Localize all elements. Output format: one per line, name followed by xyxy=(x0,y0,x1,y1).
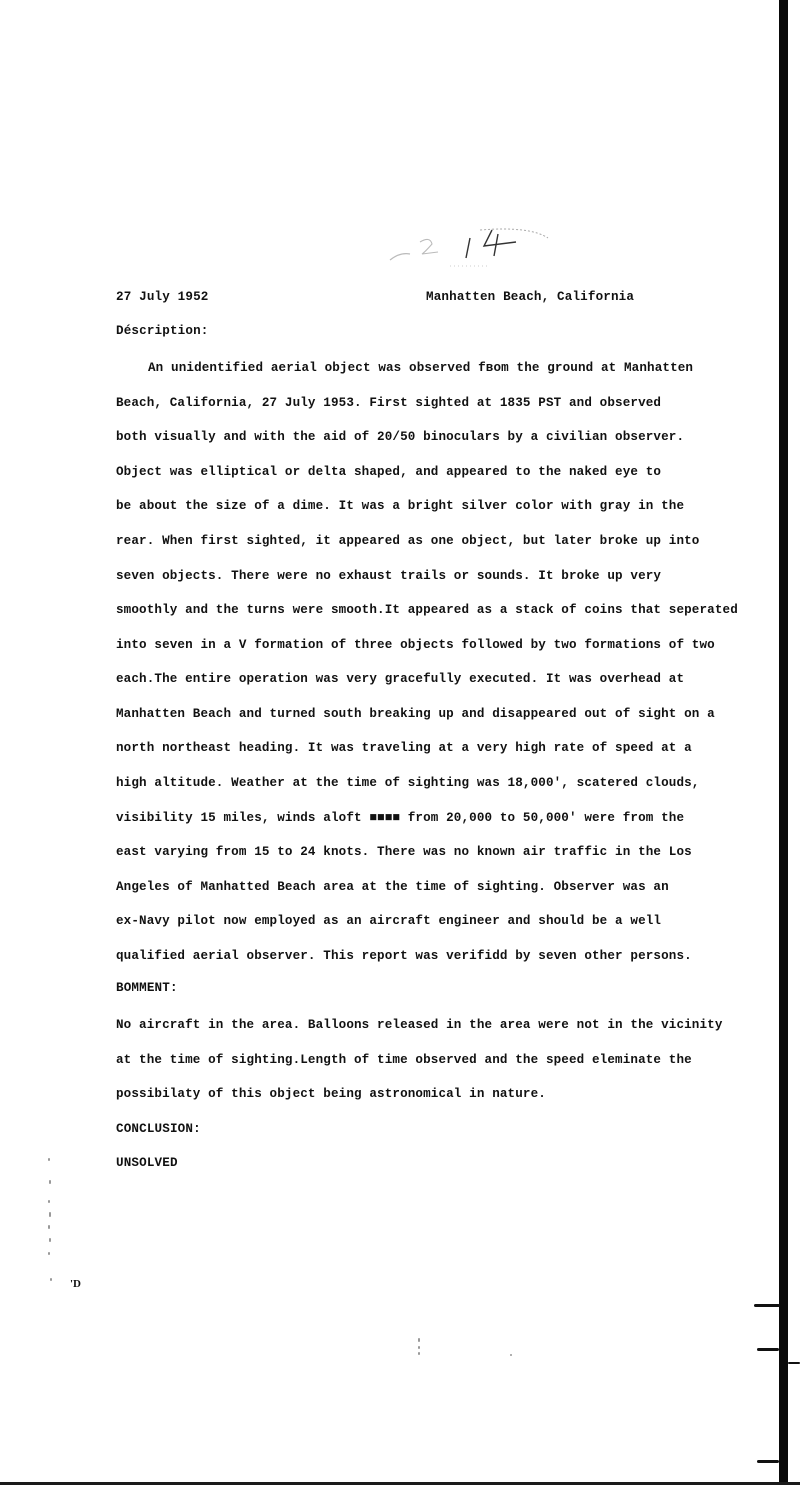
comment-line: possibilaty of this object being astrono… xyxy=(116,1086,546,1102)
description-line: be about the size of a dime. It was a br… xyxy=(116,498,684,514)
handwritten-file-number xyxy=(380,222,550,272)
comment-heading: BOMMENT: xyxy=(116,980,178,996)
comment-line: No aircraft in the area. Balloons releas… xyxy=(116,1017,723,1033)
description-line: visibility 15 miles, winds aloft ■■■■ fr… xyxy=(116,810,684,826)
description-line: Angeles of Manhatted Beach area at the t… xyxy=(116,879,669,895)
edge-tick xyxy=(757,1460,779,1463)
description-line: ex-Navy pilot now employed as an aircraf… xyxy=(116,913,661,929)
description-line: rear. When first sighted, it appeared as… xyxy=(116,533,700,549)
conclusion-value: UNSOLVED xyxy=(116,1155,178,1171)
comment-line: at the time of sighting.Length of time o… xyxy=(116,1052,692,1068)
description-line: both visually and with the aid of 20/50 … xyxy=(116,429,684,445)
report-date: 27 July 1952 xyxy=(116,289,209,305)
description-line: smoothly and the turns were smooth.It ap… xyxy=(116,602,738,618)
description-line: high altitude. Weather at the time of si… xyxy=(116,775,700,791)
conclusion-heading: CONCLUSION: xyxy=(116,1121,201,1137)
description-line: Object was elliptical or delta shaped, a… xyxy=(116,464,661,480)
description-line: each.The entire operation was very grace… xyxy=(116,671,684,687)
description-line: Beach, California, 27 July 1953. First s… xyxy=(116,395,661,411)
description-line: An unidentified aerial object was observ… xyxy=(148,360,693,376)
description-heading: Déscription: xyxy=(116,323,209,339)
edge-tick xyxy=(757,1348,779,1351)
description-line: qualified aerial observer. This report w… xyxy=(116,948,692,964)
edge-tick xyxy=(754,1304,780,1307)
description-line: north northeast heading. It was travelin… xyxy=(116,740,692,756)
binding-edge-bar xyxy=(779,0,788,1485)
document-page: 27 July 1952 Manhatten Beach, California… xyxy=(0,0,800,1485)
description-line: Manhatten Beach and turned south breakin… xyxy=(116,706,715,722)
report-location: Manhatten Beach, California xyxy=(426,289,634,305)
description-line: into seven in a V formation of three obj… xyxy=(116,637,715,653)
description-line: east varying from 15 to 24 knots. There … xyxy=(116,844,692,860)
margin-mark: 'D xyxy=(70,1278,81,1290)
edge-tick xyxy=(788,1362,800,1364)
description-line: seven objects. There were no exhaust tra… xyxy=(116,568,661,584)
